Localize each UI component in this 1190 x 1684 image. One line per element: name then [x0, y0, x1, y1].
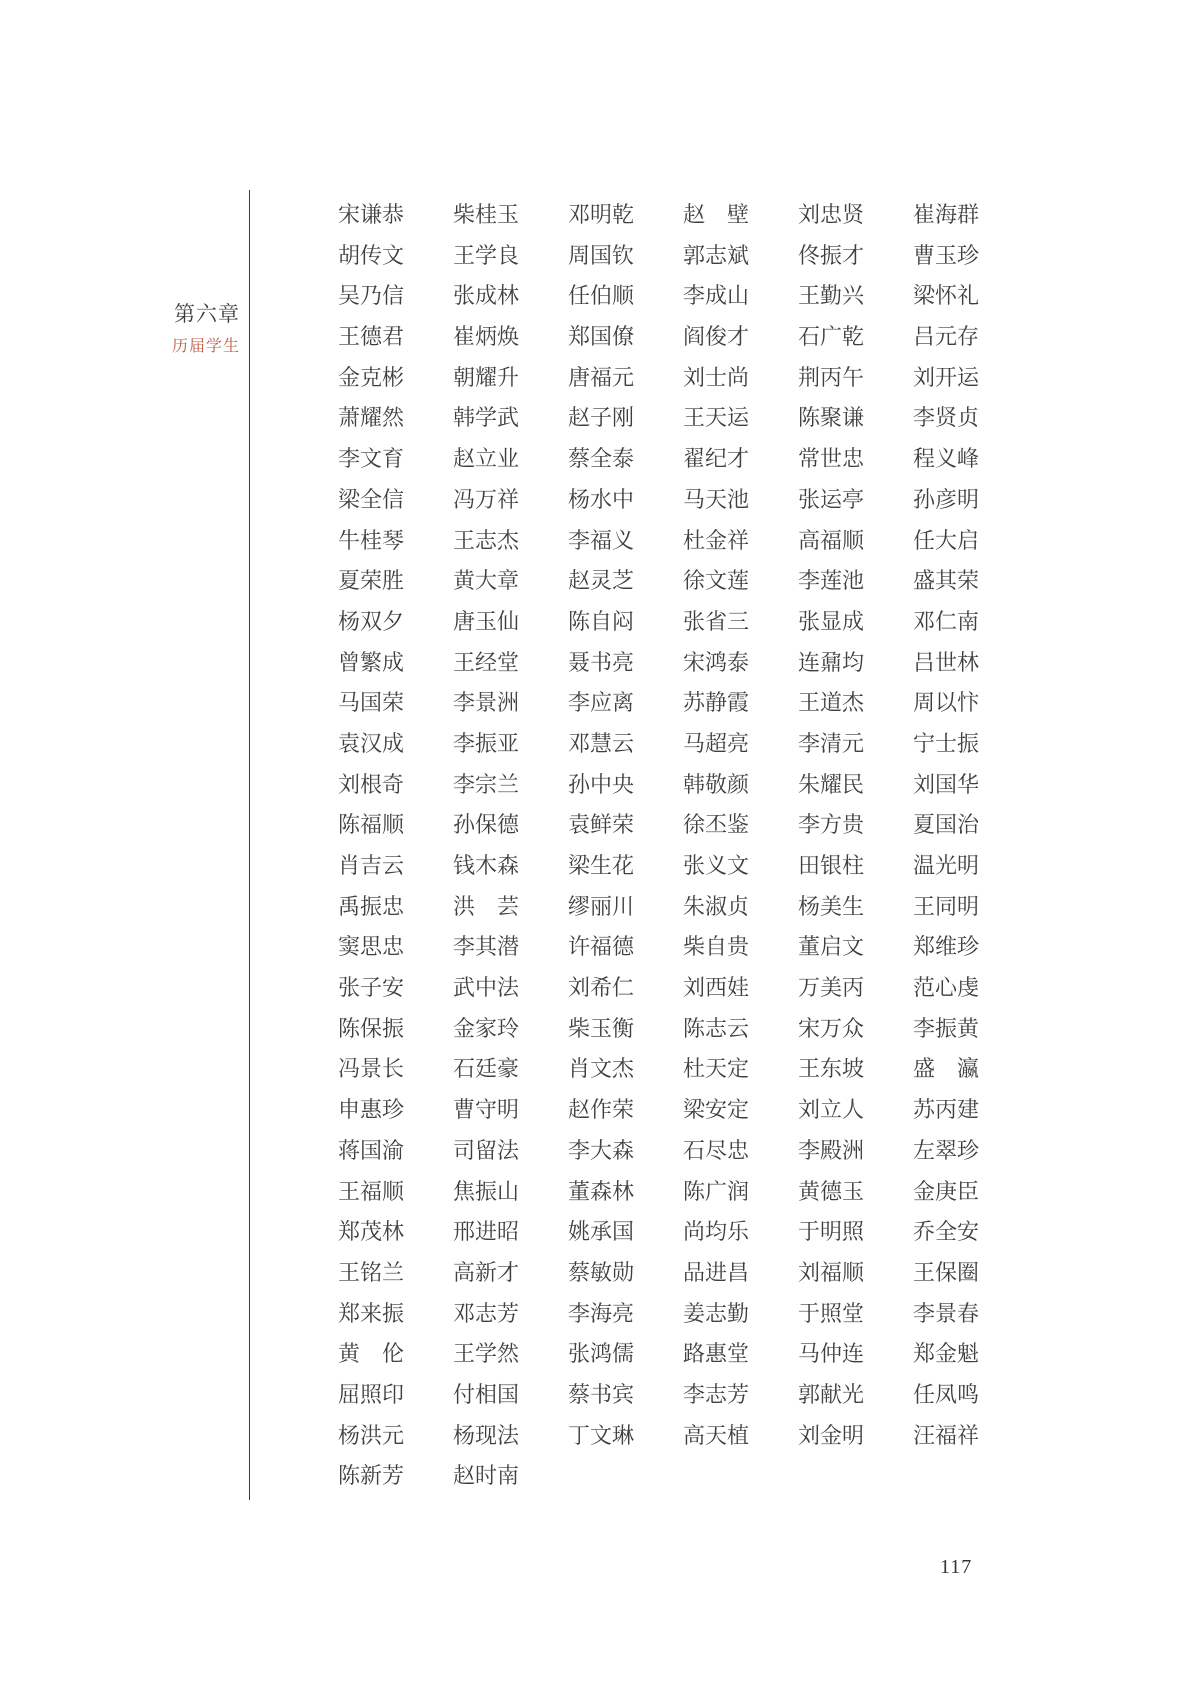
student-name: 赵 壁 — [683, 202, 798, 228]
student-row: 萧耀然韩学武赵子刚王天运陈聚谦李贤贞 — [338, 405, 1028, 446]
student-name: 王同明 — [913, 894, 1028, 920]
student-name: 梁生花 — [568, 853, 683, 879]
student-name: 任凤鸣 — [913, 1382, 1028, 1408]
student-name: 高新才 — [453, 1260, 568, 1286]
student-name: 李清元 — [798, 731, 913, 757]
student-name: 周以忭 — [913, 690, 1028, 716]
student-name: 金家玲 — [453, 1016, 568, 1042]
student-name: 任大启 — [913, 528, 1028, 554]
student-name: 高天植 — [683, 1423, 798, 1449]
student-name: 于照堂 — [798, 1301, 913, 1327]
student-row: 郑茂林邢进昭姚承国尚均乐于明照乔全安 — [338, 1219, 1028, 1260]
student-row: 梁全信冯万祥杨水中马天池张运亭孙彦明 — [338, 487, 1028, 528]
student-name: 连鼐均 — [798, 650, 913, 676]
student-row: 杨双夕唐玉仙陈自闷张省三张显成邓仁南 — [338, 609, 1028, 650]
student-name: 邢进昭 — [453, 1219, 568, 1245]
student-name: 肖文杰 — [568, 1056, 683, 1082]
student-name: 王东坡 — [798, 1056, 913, 1082]
student-name: 宋鸿泰 — [683, 650, 798, 676]
student-name: 陈广润 — [683, 1179, 798, 1205]
student-name: 左翠珍 — [913, 1138, 1028, 1164]
student-row: 宋谦恭柴桂玉邓明乾赵 壁刘忠贤崔海群 — [338, 202, 1028, 243]
student-name: 徐文莲 — [683, 568, 798, 594]
student-name: 牛桂琴 — [338, 528, 453, 554]
student-name: 肖吉云 — [338, 853, 453, 879]
student-name: 蔡全泰 — [568, 446, 683, 472]
student-row: 金克彬朝耀升唐福元刘士尚荆丙午刘开运 — [338, 365, 1028, 406]
student-name: 李海亮 — [568, 1301, 683, 1327]
student-row: 刘根奇李宗兰孙中央韩敬颜朱耀民刘国华 — [338, 772, 1028, 813]
student-name: 王学良 — [453, 243, 568, 269]
student-name: 崔海群 — [913, 202, 1028, 228]
student-name: 乔全安 — [913, 1219, 1028, 1245]
student-row: 胡传文王学良周国钦郭志斌佟振才曹玉珍 — [338, 243, 1028, 284]
student-name: 柴玉衡 — [568, 1016, 683, 1042]
student-name: 张鸿儒 — [568, 1341, 683, 1367]
student-row: 禹振忠洪 芸缪丽川朱淑贞杨美生王同明 — [338, 894, 1028, 935]
student-name: 曹玉珍 — [913, 243, 1028, 269]
student-name: 夏国治 — [913, 812, 1028, 838]
student-name: 蔡敏勋 — [568, 1260, 683, 1286]
student-name: 刘立人 — [798, 1097, 913, 1123]
student-name: 杜金祥 — [683, 528, 798, 554]
student-name: 杨水中 — [568, 487, 683, 513]
student-row: 郑来振邓志芳李海亮姜志勤于照堂李景春 — [338, 1301, 1028, 1342]
student-name: 王天运 — [683, 405, 798, 431]
student-name: 王经堂 — [453, 650, 568, 676]
student-name: 刘开运 — [913, 365, 1028, 391]
student-name: 梁怀礼 — [913, 283, 1028, 309]
student-name: 胡传文 — [338, 243, 453, 269]
student-name: 杨洪元 — [338, 1423, 453, 1449]
student-name: 刘西娃 — [683, 975, 798, 1001]
student-name: 常世忠 — [798, 446, 913, 472]
student-row: 申惠珍曹守明赵作荣梁安定刘立人苏丙建 — [338, 1097, 1028, 1138]
student-name: 徐丕鉴 — [683, 812, 798, 838]
student-name: 夏荣胜 — [338, 568, 453, 594]
student-name: 赵作荣 — [568, 1097, 683, 1123]
student-name: 陈福顺 — [338, 812, 453, 838]
chapter-sidebar: 第六章 历届学生 — [120, 300, 240, 357]
student-name: 柴桂玉 — [453, 202, 568, 228]
student-name: 万美丙 — [798, 975, 913, 1001]
student-name: 孙中央 — [568, 772, 683, 798]
student-name-grid: 宋谦恭柴桂玉邓明乾赵 壁刘忠贤崔海群胡传文王学良周国钦郭志斌佟振才曹玉珍吴乃信张… — [338, 202, 1028, 1504]
student-name: 付相国 — [453, 1382, 568, 1408]
student-name: 马仲连 — [798, 1341, 913, 1367]
student-name: 王志杰 — [453, 528, 568, 554]
student-name: 田银柱 — [798, 853, 913, 879]
student-name: 郑维珍 — [913, 934, 1028, 960]
student-name: 蒋国渝 — [338, 1138, 453, 1164]
student-name: 李殿洲 — [798, 1138, 913, 1164]
student-name: 缪丽川 — [568, 894, 683, 920]
student-name: 李振亚 — [453, 731, 568, 757]
student-name: 邓仁南 — [913, 609, 1028, 635]
student-name: 陈志云 — [683, 1016, 798, 1042]
student-name: 郭献光 — [798, 1382, 913, 1408]
student-name: 李振黄 — [913, 1016, 1028, 1042]
student-name: 梁安定 — [683, 1097, 798, 1123]
student-name: 李文育 — [338, 446, 453, 472]
student-row: 肖吉云钱木森梁生花张义文田银柱温光明 — [338, 853, 1028, 894]
student-name: 梁全信 — [338, 487, 453, 513]
student-row: 吴乃信张成林任伯顺李成山王勤兴梁怀礼 — [338, 283, 1028, 324]
student-name: 冯万祥 — [453, 487, 568, 513]
student-name: 赵灵芝 — [568, 568, 683, 594]
student-row: 陈保振金家玲柴玉衡陈志云宋万众李振黄 — [338, 1016, 1028, 1057]
student-name: 洪 芸 — [453, 894, 568, 920]
student-name: 赵时南 — [453, 1463, 568, 1489]
student-name: 宋万众 — [798, 1016, 913, 1042]
student-name: 汪福祥 — [913, 1423, 1028, 1449]
student-name: 朱淑贞 — [683, 894, 798, 920]
student-name: 张显成 — [798, 609, 913, 635]
student-name: 邓志芳 — [453, 1301, 568, 1327]
student-name: 宋谦恭 — [338, 202, 453, 228]
student-name: 王保圈 — [913, 1260, 1028, 1286]
student-row: 陈福顺孙保德袁鲜荣徐丕鉴李方贵夏国治 — [338, 812, 1028, 853]
student-name: 佟振才 — [798, 243, 913, 269]
student-name: 郑金魁 — [913, 1341, 1028, 1367]
student-name: 苏丙建 — [913, 1097, 1028, 1123]
student-name: 周国钦 — [568, 243, 683, 269]
student-name: 李福义 — [568, 528, 683, 554]
student-name: 冯景长 — [338, 1056, 453, 1082]
student-name: 陈新芳 — [338, 1463, 453, 1489]
student-name: 郭志斌 — [683, 243, 798, 269]
student-name: 袁汉成 — [338, 731, 453, 757]
student-row: 陈新芳赵时南 — [338, 1463, 1028, 1504]
student-name: 阎俊才 — [683, 324, 798, 350]
student-name: 黄大章 — [453, 568, 568, 594]
student-name: 金庚臣 — [913, 1179, 1028, 1205]
student-name: 李其潜 — [453, 934, 568, 960]
student-name: 蔡书宾 — [568, 1382, 683, 1408]
student-name: 李成山 — [683, 283, 798, 309]
student-name: 武中法 — [453, 975, 568, 1001]
student-row: 张子安武中法刘希仁刘西娃万美丙范心虔 — [338, 975, 1028, 1016]
student-name: 李莲池 — [798, 568, 913, 594]
student-name: 刘士尚 — [683, 365, 798, 391]
student-name: 姜志勤 — [683, 1301, 798, 1327]
student-name: 王勤兴 — [798, 283, 913, 309]
student-name: 张运亭 — [798, 487, 913, 513]
student-name: 韩敬颜 — [683, 772, 798, 798]
student-row: 夏荣胜黄大章赵灵芝徐文莲李莲池盛其荣 — [338, 568, 1028, 609]
section-label: 历届学生 — [120, 337, 240, 357]
student-name: 范心虔 — [913, 975, 1028, 1001]
student-name: 翟纪才 — [683, 446, 798, 472]
student-name: 于明照 — [798, 1219, 913, 1245]
student-name: 温光明 — [913, 853, 1028, 879]
student-name: 赵子刚 — [568, 405, 683, 431]
student-name: 李方贵 — [798, 812, 913, 838]
student-name: 屈照印 — [338, 1382, 453, 1408]
student-name: 马超亮 — [683, 731, 798, 757]
student-row: 牛桂琴王志杰李福义杜金祥高福顺任大启 — [338, 528, 1028, 569]
student-row: 窦思忠李其潜许福德柴自贵董启文郑维珍 — [338, 934, 1028, 975]
chapter-label: 第六章 — [120, 300, 240, 328]
student-row: 冯景长石廷豪肖文杰杜天定王东坡盛 瀛 — [338, 1056, 1028, 1097]
student-name: 杨双夕 — [338, 609, 453, 635]
student-name: 丁文琳 — [568, 1423, 683, 1449]
student-name: 萧耀然 — [338, 405, 453, 431]
student-name: 任伯顺 — [568, 283, 683, 309]
student-name: 朝耀升 — [453, 365, 568, 391]
student-name: 张义文 — [683, 853, 798, 879]
student-name: 禹振忠 — [338, 894, 453, 920]
student-name: 黄 伦 — [338, 1341, 453, 1367]
student-row: 杨洪元杨现法丁文琳高天植刘金明汪福祥 — [338, 1423, 1028, 1464]
student-row: 黄 伦王学然张鸿儒路惠堂马仲连郑金魁 — [338, 1341, 1028, 1382]
student-name: 李景洲 — [453, 690, 568, 716]
student-name: 刘金明 — [798, 1423, 913, 1449]
student-name: 荆丙午 — [798, 365, 913, 391]
student-name: 张省三 — [683, 609, 798, 635]
student-name: 唐福元 — [568, 365, 683, 391]
student-name: 苏静霞 — [683, 690, 798, 716]
student-name: 朱耀民 — [798, 772, 913, 798]
student-name: 曹守明 — [453, 1097, 568, 1123]
student-name: 李应离 — [568, 690, 683, 716]
student-name: 姚承国 — [568, 1219, 683, 1245]
student-name: 李景春 — [913, 1301, 1028, 1327]
student-row: 王德君崔炳焕郑国僚阎俊才石广乾吕元存 — [338, 324, 1028, 365]
page-number: 117 — [940, 1556, 972, 1579]
student-name: 陈聚谦 — [798, 405, 913, 431]
student-name: 杨美生 — [798, 894, 913, 920]
student-name: 马天池 — [683, 487, 798, 513]
student-row: 李文育赵立业蔡全泰翟纪才常世忠程义峰 — [338, 446, 1028, 487]
student-name: 郑国僚 — [568, 324, 683, 350]
student-name: 邓明乾 — [568, 202, 683, 228]
student-name: 吴乃信 — [338, 283, 453, 309]
student-name: 王铭兰 — [338, 1260, 453, 1286]
student-name: 程义峰 — [913, 446, 1028, 472]
student-name: 唐玉仙 — [453, 609, 568, 635]
student-name: 聂书亮 — [568, 650, 683, 676]
student-name: 赵立业 — [453, 446, 568, 472]
student-name: 崔炳焕 — [453, 324, 568, 350]
student-name: 郑茂林 — [338, 1219, 453, 1245]
student-name: 石尽忠 — [683, 1138, 798, 1164]
student-name: 杨现法 — [453, 1423, 568, 1449]
student-name: 李贤贞 — [913, 405, 1028, 431]
student-row: 王福顺焦振山董森林陈广润黄德玉金庚臣 — [338, 1179, 1028, 1220]
student-name: 司留法 — [453, 1138, 568, 1164]
student-name: 刘根奇 — [338, 772, 453, 798]
student-name: 袁鲜荣 — [568, 812, 683, 838]
student-name: 吕元存 — [913, 324, 1028, 350]
student-name: 品进昌 — [683, 1260, 798, 1286]
vertical-divider — [249, 190, 250, 1500]
student-name: 许福德 — [568, 934, 683, 960]
student-name: 孙保德 — [453, 812, 568, 838]
student-name: 张子安 — [338, 975, 453, 1001]
student-name: 宁士振 — [913, 731, 1028, 757]
student-name: 金克彬 — [338, 365, 453, 391]
student-name: 刘福顺 — [798, 1260, 913, 1286]
student-row: 袁汉成李振亚邓慧云马超亮李清元宁士振 — [338, 731, 1028, 772]
student-name: 马国荣 — [338, 690, 453, 716]
student-name: 孙彦明 — [913, 487, 1028, 513]
student-name: 刘国华 — [913, 772, 1028, 798]
student-name: 申惠珍 — [338, 1097, 453, 1123]
student-name: 李志芳 — [683, 1382, 798, 1408]
book-page: 第六章 历届学生 宋谦恭柴桂玉邓明乾赵 壁刘忠贤崔海群胡传文王学良周国钦郭志斌佟… — [0, 0, 1190, 1684]
student-name: 杜天定 — [683, 1056, 798, 1082]
student-name: 李宗兰 — [453, 772, 568, 798]
student-name: 曾繁成 — [338, 650, 453, 676]
student-row: 王铭兰高新才蔡敏勋品进昌刘福顺王保圈 — [338, 1260, 1028, 1301]
student-name: 王德君 — [338, 324, 453, 350]
student-name: 王福顺 — [338, 1179, 453, 1205]
student-name: 焦振山 — [453, 1179, 568, 1205]
student-name: 王学然 — [453, 1341, 568, 1367]
student-name: 王道杰 — [798, 690, 913, 716]
student-name: 石广乾 — [798, 324, 913, 350]
student-name: 刘忠贤 — [798, 202, 913, 228]
student-name: 黄德玉 — [798, 1179, 913, 1205]
student-name: 盛其荣 — [913, 568, 1028, 594]
student-name: 陈自闷 — [568, 609, 683, 635]
student-row: 曾繁成王经堂聂书亮宋鸿泰连鼐均吕世林 — [338, 650, 1028, 691]
student-name: 尚均乐 — [683, 1219, 798, 1245]
student-name: 高福顺 — [798, 528, 913, 554]
student-name: 刘希仁 — [568, 975, 683, 1001]
student-row: 蒋国渝司留法李大森石尽忠李殿洲左翠珍 — [338, 1138, 1028, 1179]
student-name: 钱木森 — [453, 853, 568, 879]
student-name: 窦思忠 — [338, 934, 453, 960]
student-name: 张成林 — [453, 283, 568, 309]
student-row: 屈照印付相国蔡书宾李志芳郭献光任凤鸣 — [338, 1382, 1028, 1423]
student-name: 柴自贵 — [683, 934, 798, 960]
student-name: 李大森 — [568, 1138, 683, 1164]
student-name: 石廷豪 — [453, 1056, 568, 1082]
student-name: 吕世林 — [913, 650, 1028, 676]
student-name: 邓慧云 — [568, 731, 683, 757]
student-name: 陈保振 — [338, 1016, 453, 1042]
student-name: 韩学武 — [453, 405, 568, 431]
student-name: 董森林 — [568, 1179, 683, 1205]
student-name: 盛 瀛 — [913, 1056, 1028, 1082]
student-name: 郑来振 — [338, 1301, 453, 1327]
student-name: 路惠堂 — [683, 1341, 798, 1367]
student-name: 董启文 — [798, 934, 913, 960]
student-row: 马国荣李景洲李应离苏静霞王道杰周以忭 — [338, 690, 1028, 731]
